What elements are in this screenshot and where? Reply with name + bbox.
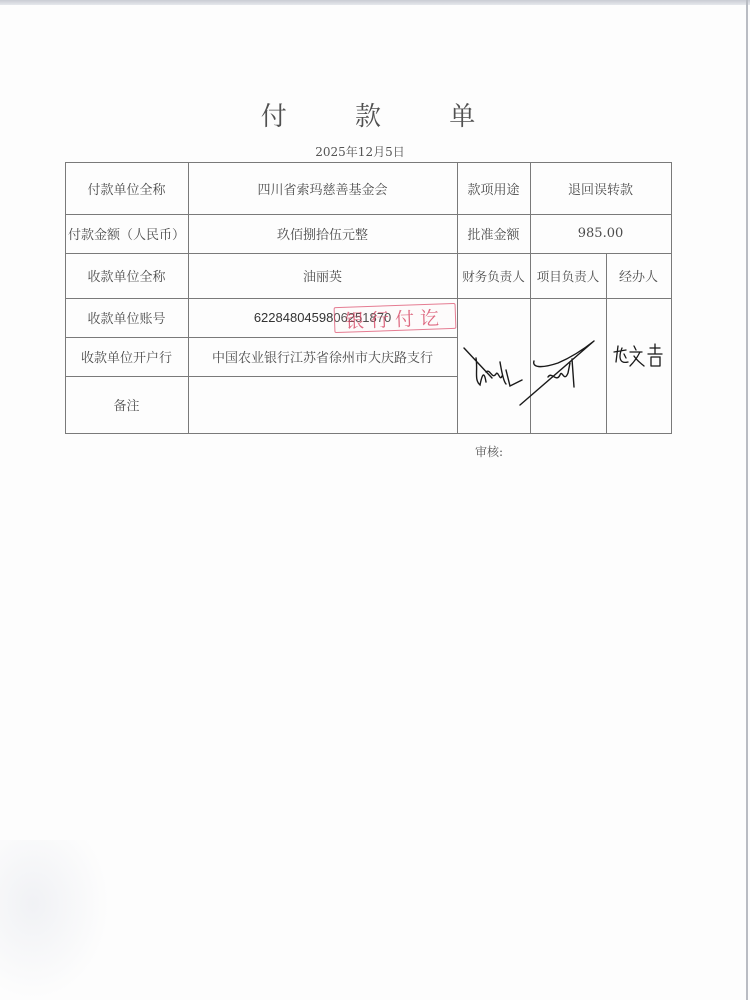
finance-head-label: 财务负责人 — [457, 253, 530, 298]
document-title: 付 款 单 — [0, 96, 736, 133]
payee-bank-label: 收款单位开户行 — [65, 337, 188, 376]
payee-name-label: 收款单位全称 — [65, 253, 188, 298]
bank-paid-stamp: 银行付讫 — [334, 303, 457, 333]
handler-signature — [612, 340, 667, 370]
scan-edge-top — [0, 0, 750, 5]
audit-label: 审核: — [475, 443, 503, 460]
handler-label: 经办人 — [606, 253, 671, 298]
scan-noise — [0, 840, 110, 1000]
amount-label: 付款金额（人民币） — [65, 214, 188, 253]
remarks-label: 备注 — [65, 376, 188, 433]
payee-bank-value: 中国农业银行江苏省徐州市大庆路支行 — [188, 337, 457, 376]
payee-name-value: 油丽英 — [188, 253, 457, 298]
scan-edge-right — [746, 0, 748, 1000]
approved-amount-label: 批准金额 — [457, 214, 530, 253]
approved-amount-value: 985.00 — [530, 214, 671, 253]
remarks-value — [188, 376, 457, 433]
payee-account-label: 收款单位账号 — [65, 298, 188, 337]
table-border-right — [671, 162, 672, 433]
purpose-label: 款项用途 — [457, 162, 530, 214]
project-head-signature — [518, 333, 598, 408]
payer-name-label: 付款单位全称 — [65, 162, 188, 214]
amount-words-value: 玖佰捌拾伍元整 — [188, 214, 457, 253]
purpose-value: 退回误转款 — [530, 162, 671, 214]
table-border-bottom — [65, 433, 672, 434]
payer-name-value: 四川省索玛慈善基金会 — [188, 162, 457, 214]
document-date: 2025年12月5日 — [0, 143, 720, 160]
project-head-label: 项目负责人 — [530, 253, 606, 298]
